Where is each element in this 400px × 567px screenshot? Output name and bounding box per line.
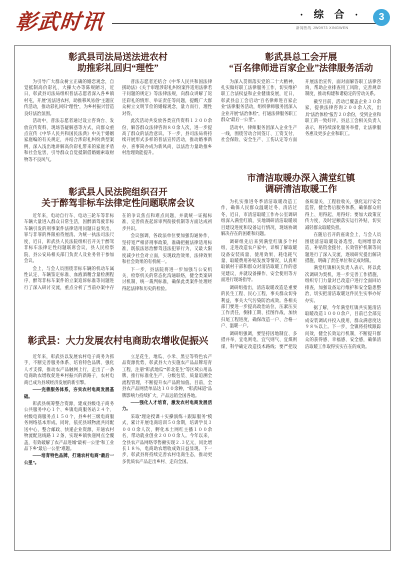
headline-line-2: 调研清洁取暖工作: [221, 184, 381, 195]
article-headline: 彰武县人民法院组织召开 关于醉驾非标车法律定性问题联席会议: [24, 187, 212, 210]
body-paragraph: 调研组指出，清洁取暖改造是重要的民生工程、民心工程，事关群众切身利益，事关大气污…: [221, 285, 297, 330]
headline-line-2: 关于醉驾非标车法律定性问题联席会议: [24, 198, 212, 209]
headline-line-1: 彰武县司法局送法进农村: [24, 52, 212, 63]
article-fayuan-zuijia: 彰武县人民法院组织召开 关于醉驾非标车法律定性问题联席会议 近年来，电动自行车、…: [24, 187, 212, 332]
body-paragraph: 在随后召开的座谈会上，与会人员围绕清洁取暖设备选型、电网增容改造、补贴资金拨付、…: [305, 232, 381, 264]
article-qingjie-qunuan: 市清洁取暖办深入满堂红镇 调研清洁取暖工作 为扎实推进冬季清洁取暖改造工作，确保…: [221, 173, 381, 528]
page-header: 彰武时讯 · 综 合 · 新闻热线 JW0973 XINGWEN 3: [0, 0, 400, 44]
body-paragraph: ——强化人才培育，激发农村电商发展活力。: [122, 400, 212, 413]
headline-line-1: 市清洁取暖办深入满堂红镇: [221, 173, 381, 184]
headline-line-1: 彰武县总工会开展: [221, 52, 381, 63]
body-paragraph: 下一步，县法院将进一步加强与公安机关、检察机关的常态化沟通联络，健全类案研讨机制…: [122, 267, 212, 293]
body-paragraph: 活动中，普法志愿者通过设立咨询台、发放宣传资料、现场答疑解惑等方式，向群众重点宣…: [24, 118, 114, 163]
article-gonghui-lvshi: 彰武县总工会开展 “百名律师进百家企业”法律服务活动 为深入贯彻落实党的二十大精…: [221, 52, 381, 173]
left-column: 彰武县司法局送法进农村 助推彩礼回归“理性” 为引导广大群众树立正确的婚恋观念，…: [24, 52, 212, 544]
body-paragraph: 为引导广大群众树立正确的婚恋观念，自觉抵制高价彩礼、大操大办等陈规陋习，近日，彰…: [24, 79, 114, 118]
body-paragraph: 近年来，彰武县以发展农村电子商务为抓手，不断完善服务体系、培育特色品牌、强化人才…: [24, 354, 114, 386]
article-headline: 彰武县：大力发展农村电商助农增收促振兴: [24, 337, 212, 349]
body-paragraph: 近年来，电动自行车、电动三轮车等非标车辆大量进入群众日常生活，因醉酒驾驶非标车辆…: [24, 213, 114, 265]
section-label: · 综 合 ·: [288, 6, 374, 21]
body-paragraph: 此次活动共发放各类宣传资料１２００余份，解答群众法律咨询８０余人次，进一步提高了…: [122, 118, 212, 157]
article-dianshang-zhenxing: 彰武县：大力发展农村电商助农增收促振兴 近年来，彰武县以发展农村电子商务为抓手，…: [24, 331, 212, 542]
body-paragraph: 为深入贯彻落实党的二十大精神，扎实做好职工法律服务工作，切实维护职工合法权益和企…: [221, 79, 297, 124]
body-paragraph: 立足花生、地瓜、小米、黑豆等特色农产品资源优势，彰武县大力实施农产品品牌培育工程…: [122, 354, 212, 399]
article-body: 为引导广大群众树立正确的婚恋观念，自觉抵制高价彩礼、大操大办等陈规陋习，近日，彰…: [24, 79, 212, 181]
article-headline: 市清洁取暖办深入满堂红镇 调研清洁取暖工作: [221, 173, 381, 196]
page-number-badge: 3: [373, 9, 390, 26]
body-paragraph: 彰武县统筹整合资源，建成县级电子商务公共服务中心１个、乡镇电商服务站２４个、村级…: [24, 401, 114, 453]
body-paragraph: 调研组先后来到满堂红镇多个村组，走进改造农户家中，详细了解取暖设备安装质量、使用…: [221, 239, 297, 284]
body-paragraph: ——培育特色品牌，打通农村电商“最后一公里”。: [24, 453, 114, 466]
right-column: 彰武县总工会开展 “百名律师进百家企业”法律服务活动 为深入贯彻落实党的二十大精…: [221, 52, 381, 544]
body-paragraph: 为扎实推进冬季清洁取暖改造工作，确保人民群众温暖过冬、清洁过冬，近日，市清洁取暖…: [221, 199, 297, 238]
article-headline: 彰武县司法局送法进农村 助推彩礼回归“理性”: [24, 52, 212, 75]
headline-line-1: 彰武县人民法院组织召开: [24, 187, 212, 198]
content-frame: 彰武县司法局送法进农村 助推彩礼回归“理性” 为引导广大群众树立正确的婚恋观念，…: [14, 45, 391, 551]
header-rule: [112, 23, 380, 24]
headline-line-2: “百名律师进百家企业”法律服务活动: [221, 63, 381, 74]
body-paragraph: 截至目前，活动已覆盖企业３０余家，提供法律咨询２００余人次，出具“法治体检”报告…: [305, 99, 381, 138]
body-paragraph: 采取“理论授课＋实操演练＋跟踪服务”模式，累计开展电商培训５０余期，培训学员３０…: [122, 414, 212, 466]
article-sifa-caili: 彰武县司法局送法进农村 助推彩礼回归“理性” 为引导广大群众树立正确的婚恋观念，…: [24, 52, 212, 187]
body-paragraph: 会议强调，各政法单位要加强沟通协作，坚持宽严相济刑事政策，准确把握法律适用标准，…: [122, 233, 212, 265]
body-paragraph: 满堂红镇相关负责人表示，将以此次调研为契机，进一步完善工作措施，组织专门力量对已…: [305, 265, 381, 304]
article-body: 为深入贯彻落实党的二十大精神，扎实做好职工法律服务工作，切实维护职工合法权益和企…: [221, 79, 381, 165]
article-body: 近年来，彰武县以发展农村电子商务为抓手，不断完善服务体系、培育特色品牌、强化人才…: [24, 354, 212, 542]
body-paragraph: ——完善服务体系，夯实农村电商发展基础。: [24, 387, 114, 400]
article-body: 近年来，电动自行车、电动三轮车等非标车辆大量进入群众日常生活，因醉酒驾驶非标车辆…: [24, 213, 212, 325]
hotline-text: 新闻热线 JW0973 XINGWEN: [296, 26, 380, 31]
body-paragraph: 据了解，今年满堂红镇共实施清洁取暖改造１０００余户，目前已全部完成安装调试并投入…: [305, 305, 381, 350]
article-body: 为扎实推进冬季清洁取暖改造工作，确保人民群众温暖过冬、清洁过冬，近日，市清洁取暖…: [221, 199, 381, 527]
newspaper-page: 彰武时讯 · 综 合 · 新闻热线 JW0973 XINGWEN 3 彰武县司法…: [0, 0, 400, 567]
body-paragraph: 普法志愿者还结合《中华人民共和国法律援助法》《关于审理涉彩礼纠纷案件适用法律若干…: [122, 79, 212, 118]
article-headline: 彰武县总工会开展 “百名律师进百家企业”法律服务活动: [221, 52, 381, 75]
newspaper-masthead: 彰武时讯: [14, 6, 105, 36]
headline-line-2: 助推彩礼回归“理性”: [24, 63, 212, 74]
